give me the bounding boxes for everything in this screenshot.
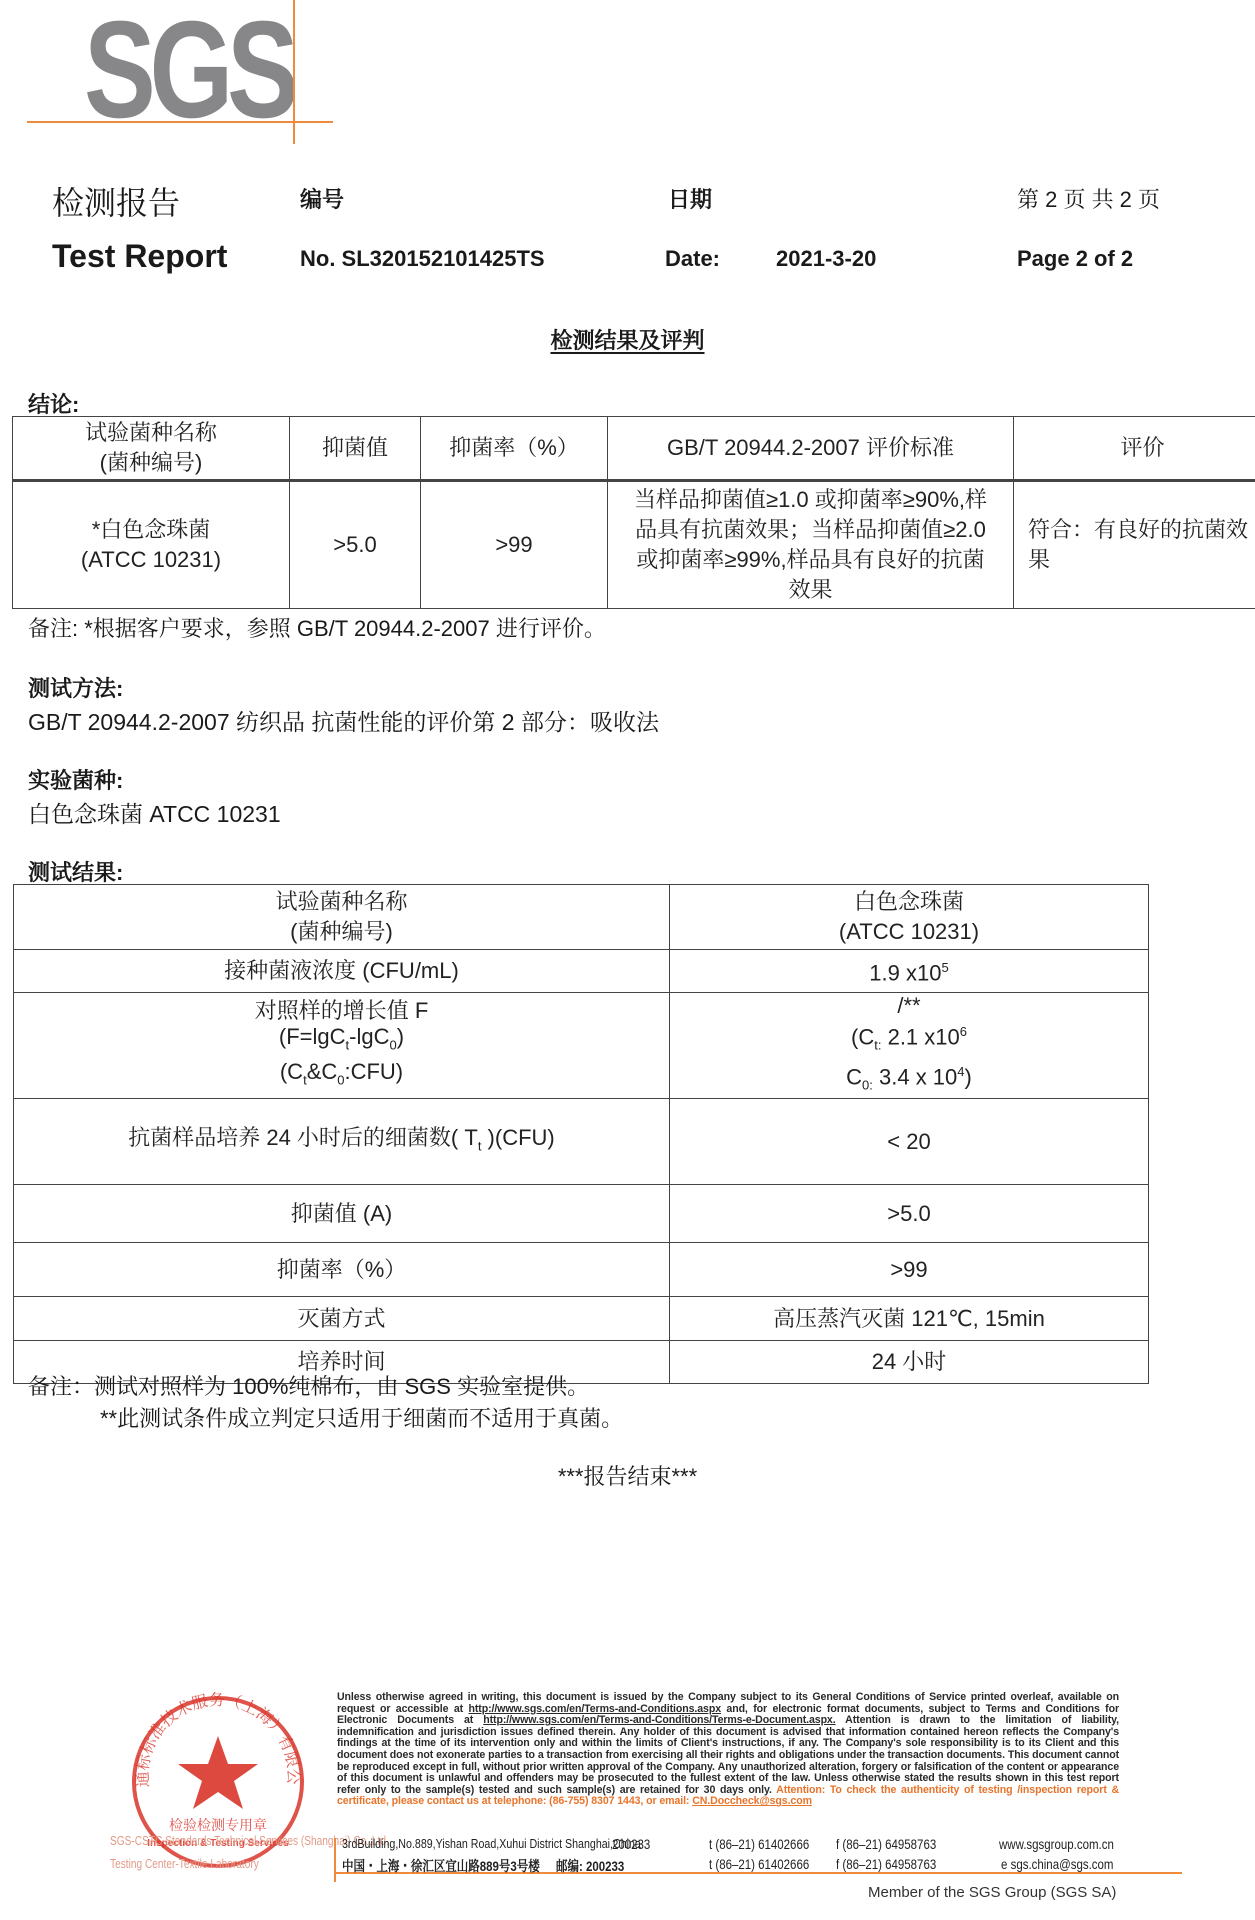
doccheck-email-link[interactable]: CN.Doccheck@sgs.com [692,1795,812,1807]
table-row: 抑菌值 (A) >5.0 [14,1185,1149,1243]
row-value: < 20 [670,1099,1149,1185]
row-label: 灭菌方式 [14,1297,670,1341]
row-value: 高压蒸汽灭菌 121℃, 15min [670,1297,1149,1341]
row-value: 白色念珠菌(ATCC 10231) [670,885,1149,950]
e-document-terms-link[interactable]: http://www.sgs.com/en/Terms-and-Conditio… [483,1714,835,1726]
postcode-cn: 邮编: 200233 [556,1856,624,1876]
method-value: GB/T 20944.2-2007 纺织品 抗菌性能的评价第 2 部分：吸收法 [28,704,659,737]
email-link[interactable]: e sgs.china@sgs.com [1001,1856,1113,1872]
end-of-report-marker: ***报告结束*** [0,1460,1255,1491]
cell-criteria: 当样品抑菌值≥1.0 或抑菌率≥90%,样品具有抗菌效果；当样品抑菌值≥2.0 … [608,481,1014,609]
row-value: >99 [670,1243,1149,1297]
header-inhibition-rate: 抑菌率（%） [421,417,608,481]
logo-accent-horizontal-line [27,121,333,123]
table-row: 对照样的增长值 F (F=lgCt-lgC0) (Ct&C0:CFU) /** … [14,993,1149,1099]
results-label: 测试结果: [28,856,123,887]
results-table: 试验菌种名称(菌种编号) 白色念珠菌(ATCC 10231) 接种菌液浓度 (C… [13,884,1149,1384]
cell-inhibition-rate: >99 [421,481,608,609]
row-label: 接种菌液浓度 (CFU/mL) [14,950,670,993]
row-value: >5.0 [670,1185,1149,1243]
page-indicator-en: Page 2 of 2 [1017,246,1133,272]
cell-evaluation: 符合：有良好的抗菌效果 [1014,481,1255,609]
website-link[interactable]: www.sgsgroup.com.cn [999,1836,1114,1852]
postcode-en: 200233 [612,1836,650,1852]
row-label: 对照样的增长值 F (F=lgCt-lgC0) (Ct&C0:CFU) [14,993,670,1099]
report-number: No. SL320152101425TS [300,246,545,272]
table-row: 接种菌液浓度 (CFU/mL) 1.9 x105 [14,950,1149,993]
row-value: 1.9 x105 [670,950,1149,993]
table-row: 抗菌样品培养 24 小时后的细菌数( Tt )(CFU) < 20 [14,1099,1149,1185]
address-en: 3rdBuilding,No.889,Yishan Road,Xuhui Dis… [342,1836,641,1851]
logo-accent-vertical-line [293,0,295,144]
cell-strain: *白色念珠菌(ATCC 10231) [13,481,290,609]
address-cn: 中国・上海・徐汇区宜山路889号3号楼 [342,1856,540,1876]
member-of-sgs-group: Member of the SGS Group (SGS SA) [868,1884,1116,1901]
row-value: 24 小时 [670,1341,1149,1384]
footer-accent-vertical-line [334,1838,336,1882]
row-label: 抑菌值 (A) [14,1185,670,1243]
row-label: 试验菌种名称(菌种编号) [14,885,670,950]
fax-2: f (86–21) 64958763 [836,1856,936,1872]
svg-text:检验检测专用章: 检验检测专用章 [169,1817,267,1834]
conclusion-table: 试验菌种名称(菌种编号) 抑菌值 抑菌率（%） GB/T 20944.2-200… [12,416,1255,609]
cell-inhibition-value: >5.0 [290,481,421,609]
conclusion-note: 备注: *根据客户要求，参照 GB/T 20944.2-2007 进行评价。 [28,612,606,643]
stamp-lab-en: Testing Center-Textile Laboratory [110,1856,259,1871]
strain-value: 白色念珠菌 ATCC 10231 [28,796,281,829]
conclusion-label: 结论: [28,388,79,419]
date-label-cn: 日期 [668,183,712,214]
header-inhibition-value: 抑菌值 [290,417,421,481]
terms-fine-print: Unless otherwise agreed in writing, this… [337,1692,1119,1808]
row-value: /** (Ct: 2.1 x106 C0: 3.4 x 104) [670,993,1149,1099]
row-label: 抗菌样品培养 24 小时后的细菌数( Tt )(CFU) [14,1099,670,1185]
report-date: 2021-3-20 [776,246,876,272]
header-criteria: GB/T 20944.2-2007 评价标准 [608,417,1014,481]
page-indicator-cn: 第 2 页 共 2 页 [1017,183,1160,214]
header-strain: 试验菌种名称(菌种编号) [13,417,290,481]
sgs-logo: SGS [84,10,293,130]
table-row: 抑菌率（%） >99 [14,1243,1149,1297]
report-number-label-cn: 编号 [300,183,344,214]
report-title-en: Test Report [52,238,227,275]
section-title: 检测结果及评判 [0,324,1255,355]
telephone-2: t (86–21) 61402666 [709,1856,809,1872]
results-note-2: **此测试条件成立判定只适用于细菌而不适用于真菌。 [100,1402,623,1433]
strain-label: 实验菌种: [28,764,123,795]
terms-link[interactable]: http://www.sgs.com/en/Terms-and-Conditio… [468,1703,721,1715]
header-evaluation: 评价 [1014,417,1255,481]
date-label-en: Date: [665,246,720,272]
section-title-text: 检测结果及评判 [550,328,704,353]
report-title-cn: 检测报告 [52,178,180,224]
fax-1: f (86–21) 64958763 [836,1836,936,1852]
table-row: 灭菌方式 高压蒸汽灭菌 121℃, 15min [14,1297,1149,1341]
table-row: 试验菌种名称(菌种编号) 白色念珠菌(ATCC 10231) [14,885,1149,950]
row-label: 抑菌率（%） [14,1243,670,1297]
results-note-1: 备注：测试对照样为 100%纯棉布，由 SGS 实验室提供。 [28,1370,589,1401]
method-label: 测试方法: [28,672,123,703]
conclusion-header-row: 试验菌种名称(菌种编号) 抑菌值 抑菌率（%） GB/T 20944.2-200… [13,417,1255,481]
telephone-1: t (86–21) 61402666 [709,1836,809,1852]
conclusion-data-row: *白色念珠菌(ATCC 10231) >5.0 >99 当样品抑菌值≥1.0 或… [13,481,1255,609]
